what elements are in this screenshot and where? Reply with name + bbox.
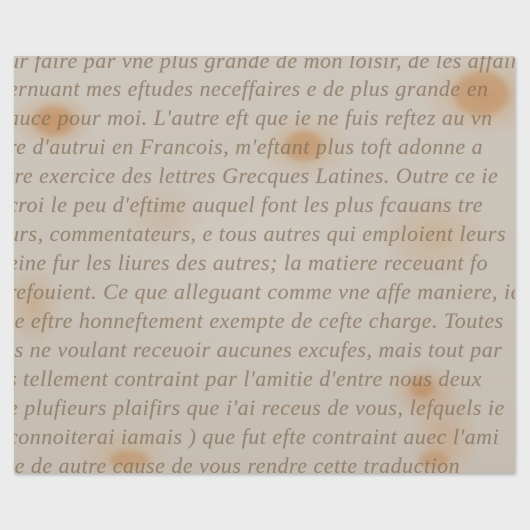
script-line: urs, commentateurs, e tous autres qui em… <box>14 221 506 247</box>
script-line: re d'autrui en Francois, m'eftant plus t… <box>14 134 483 160</box>
script-line: ur faire par vne plus grande de mon lois… <box>14 56 515 74</box>
script-line: auce pour moi. L'autre eft que ie ne fui… <box>14 105 493 131</box>
script-line: te de autre cause de vous rendre cette t… <box>14 453 460 473</box>
script-line: le eftre honneftement exempte de cefte c… <box>14 308 504 334</box>
script-line: s tellement contraint par l'amitie d'ent… <box>14 366 482 392</box>
script-line: refouient. Ce que alleguant comme vne af… <box>14 279 515 305</box>
script-line: eine fur les liures des autres; la matie… <box>14 250 488 276</box>
script-line: e plufieurs plaifirs que i'ai receus de … <box>14 395 505 421</box>
script-line: croi le peu d'eftime auquel font les plu… <box>14 192 483 218</box>
script-line: tre exercice des lettres Grecques Latine… <box>14 163 498 189</box>
vintage-script-paper: ur faire par vne plus grande de mon lois… <box>14 56 515 473</box>
script-line: ernuant mes eftudes neceffaires e de plu… <box>14 76 488 102</box>
script-line: connoiterai iamais ) que fut efte contra… <box>14 424 499 450</box>
script-line: is ne voulant receuoir aucunes excufes, … <box>14 337 502 363</box>
